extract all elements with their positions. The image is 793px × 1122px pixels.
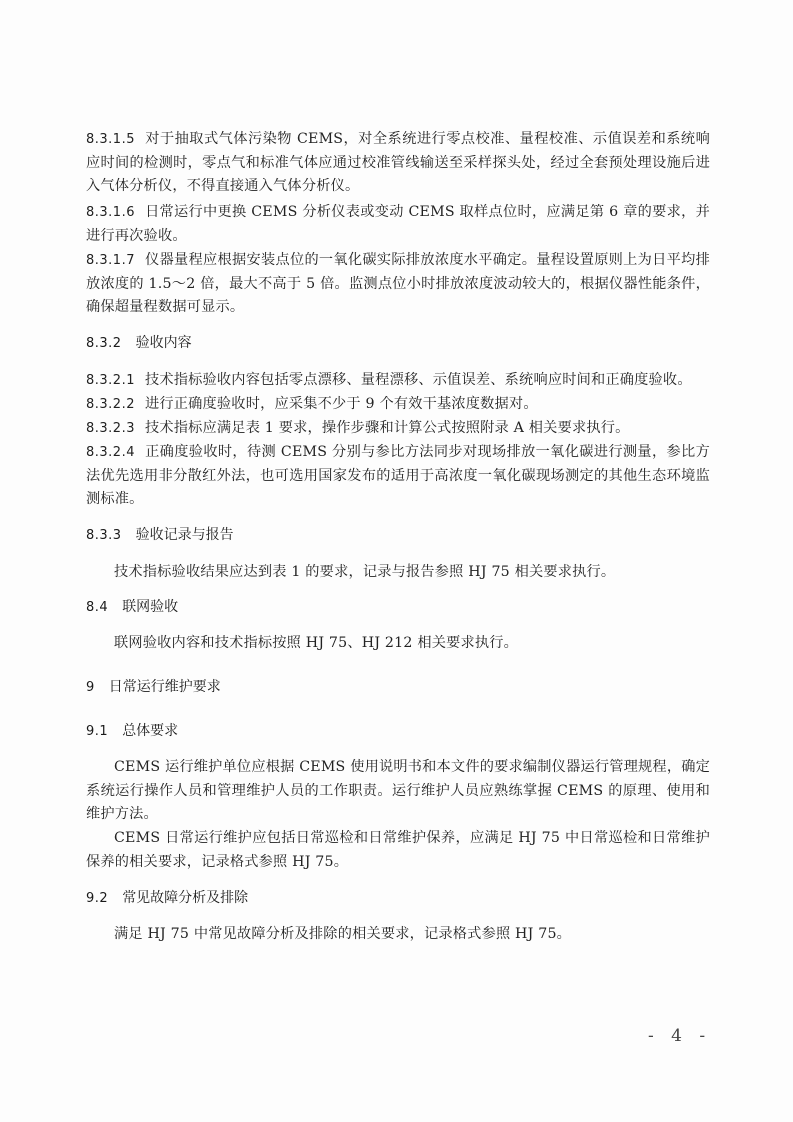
section-title: 常见故障分析及排除 <box>122 890 248 906</box>
section-number: 9.1 <box>86 724 108 739</box>
clause-8-3-1-5: 8.3.1.5对于抽取式气体污染物 CEMS，对全系统进行零点校准、量程校准、示… <box>86 128 710 199</box>
clause-number: 8.3.2.4 <box>86 445 135 460</box>
clause-text: 正确度验收时，待测 CEMS 分别与参比方法同步对现场排放一氧化碳进行测量，参比… <box>86 444 710 507</box>
paragraph-8-4: 联网验收内容和技术指标按照 HJ 75、HJ 212 相关要求执行。 <box>86 632 710 656</box>
clause-text: 进行正确度验收时，应采集不少于 9 个有效干基浓度数据对。 <box>145 396 538 412</box>
clause-number: 8.3.1.5 <box>86 132 135 147</box>
clause-text: 日常运行中更换 CEMS 分析仪表或变动 CEMS 取样点位时，应满足第 6 章… <box>86 204 710 244</box>
clause-8-3-2-3: 8.3.2.3技术指标应满足表 1 要求，操作步骤和计算公式按照附录 A 相关要… <box>86 417 710 441</box>
section-number: 8.4 <box>86 600 108 615</box>
paragraph-9-1-1: CEMS 运行维护单位应根据 CEMS 使用说明书和本文件的要求编制仪器运行管理… <box>86 756 710 827</box>
clause-number: 8.3.2.1 <box>86 373 135 388</box>
chapter-number: 9 <box>86 680 95 695</box>
section-heading-9-1: 9.1总体要求 <box>86 720 178 743</box>
clause-number: 8.3.1.6 <box>86 205 135 220</box>
clause-number: 8.3.1.7 <box>86 253 135 268</box>
clause-text: 技术指标应满足表 1 要求，操作步骤和计算公式按照附录 A 相关要求执行。 <box>145 420 630 436</box>
section-heading-8-4: 8.4联网验收 <box>86 596 178 619</box>
chapter-title: 日常运行维护要求 <box>109 679 221 695</box>
section-title: 验收记录与报告 <box>136 527 234 543</box>
clause-8-3-1-6: 8.3.1.6日常运行中更换 CEMS 分析仪表或变动 CEMS 取样点位时，应… <box>86 201 710 248</box>
clause-text: 仪器量程应根据安装点位的一氧化碳实际排放浓度水平确定。量程设置原则上为日平均排放… <box>86 252 710 315</box>
clause-8-3-2-4: 8.3.2.4正确度验收时，待测 CEMS 分别与参比方法同步对现场排放一氧化碳… <box>86 441 710 512</box>
clause-text: 技术指标验收内容包括零点漂移、量程漂移、示值误差、系统响应时间和正确度验收。 <box>145 372 692 388</box>
section-title: 验收内容 <box>136 335 192 351</box>
document-page: 8.3.1.5对于抽取式气体污染物 CEMS，对全系统进行零点校准、量程校准、示… <box>0 0 793 1122</box>
clause-8-3-2-2: 8.3.2.2进行正确度验收时，应采集不少于 9 个有效干基浓度数据对。 <box>86 393 710 417</box>
chapter-heading-9: 9日常运行维护要求 <box>86 676 221 699</box>
section-number: 8.3.3 <box>86 528 122 543</box>
section-title: 总体要求 <box>122 723 178 739</box>
clause-8-3-2-1: 8.3.2.1技术指标验收内容包括零点漂移、量程漂移、示值误差、系统响应时间和正… <box>86 369 710 393</box>
clause-number: 8.3.2.3 <box>86 421 135 436</box>
section-heading-8-3-2: 8.3.2验收内容 <box>86 332 192 355</box>
page-number: - 4 - <box>648 1026 711 1046</box>
section-number: 9.2 <box>86 891 108 906</box>
section-heading-9-2: 9.2常见故障分析及排除 <box>86 887 248 910</box>
section-title: 联网验收 <box>122 599 178 615</box>
section-number: 8.3.2 <box>86 336 122 351</box>
clause-8-3-1-7: 8.3.1.7仪器量程应根据安装点位的一氧化碳实际排放浓度水平确定。量程设置原则… <box>86 249 710 320</box>
clause-text: 对于抽取式气体污染物 CEMS，对全系统进行零点校准、量程校准、示值误差和系统响… <box>86 131 710 194</box>
section-heading-8-3-3: 8.3.3验收记录与报告 <box>86 524 234 547</box>
paragraph-8-3-3: 技术指标验收结果应达到表 1 的要求，记录与报告参照 HJ 75 相关要求执行。 <box>86 561 710 585</box>
paragraph-9-1-2: CEMS 日常运行维护应包括日常巡检和日常维护保养，应满足 HJ 75 中日常巡… <box>86 827 710 874</box>
clause-number: 8.3.2.2 <box>86 397 135 412</box>
paragraph-9-2: 满足 HJ 75 中常见故障分析及排除的相关要求，记录格式参照 HJ 75。 <box>86 923 710 947</box>
